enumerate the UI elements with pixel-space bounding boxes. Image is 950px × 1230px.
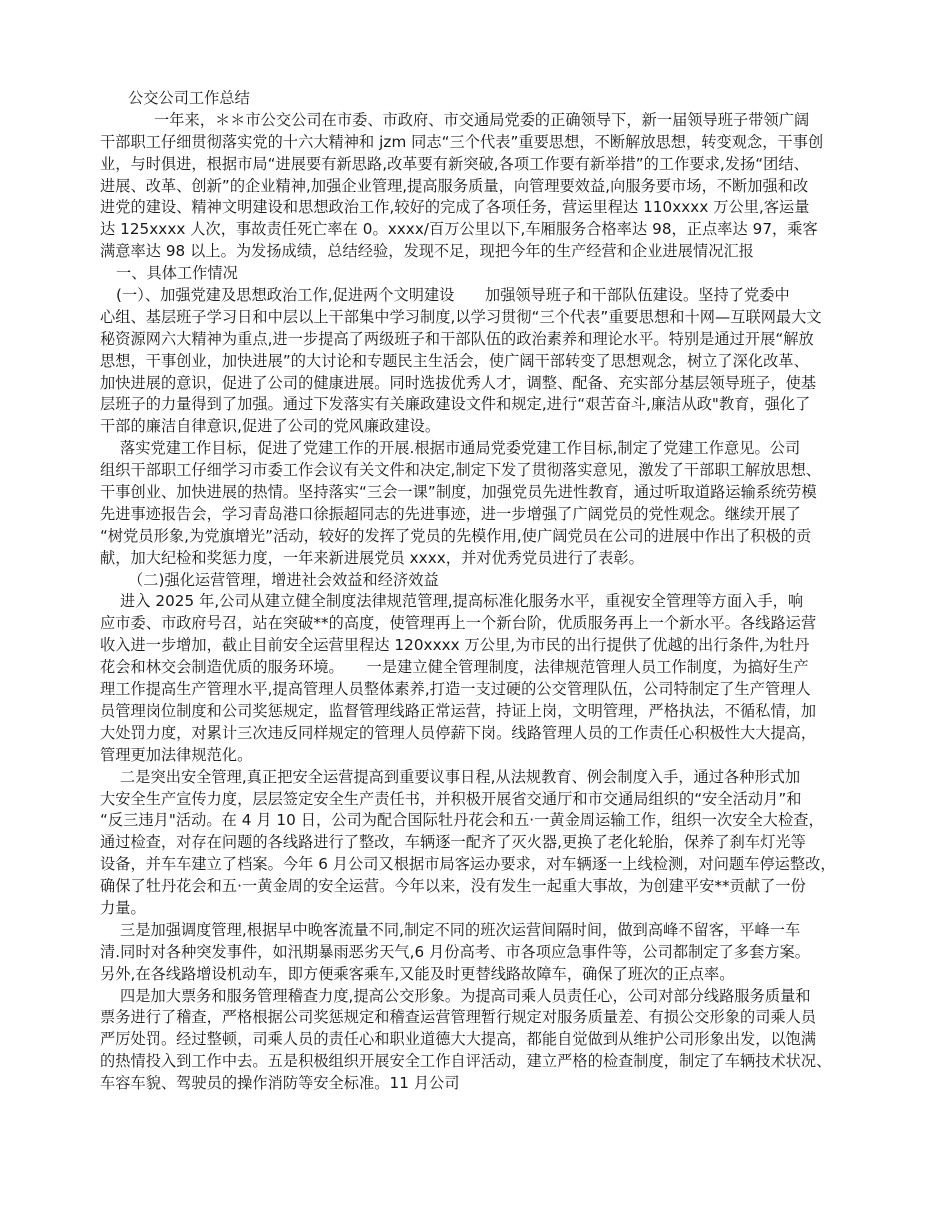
paragraph-line: “树党员形象,为党旗增光”活动，较好的发挥了党员的先模作用,使广阔党员在公司的进… bbox=[100, 526, 870, 548]
subsection-heading-line: (一）、加强党建及思想政治工作,促进两个文明建设 加强领导班子和干部队伍建设。坚… bbox=[100, 285, 870, 307]
paragraph-line: 加快进展的意识，促进了公司的健康进展。同时选拔优秀人才，调整、配备、充实部分基层… bbox=[100, 373, 870, 395]
paragraph-line: 满意率达 98 以上。为发扬成绩，总结经验，发现不足，现把今年的生产经营和企业进… bbox=[100, 241, 870, 263]
paragraph-line: 管理更加法律规范化。 bbox=[100, 745, 870, 767]
paragraph-line: 二是突出安全管理,真正把安全运营提高到重要议事日程,从法规教育、例会制度入手，通… bbox=[100, 767, 870, 789]
section-heading: 一、具体工作情况 bbox=[100, 263, 870, 285]
paragraph-line: 层班子的力量得到了加强。通过下发落实有关廉政建设文件和规定,进行“艰苦奋斗,廉洁… bbox=[100, 394, 870, 416]
paragraph-line: 另外,在各线路增设机动车，即方便乘客乘车,又能及时更替线路故障车，确保了班次的正… bbox=[100, 964, 870, 986]
paragraph-line: 组织干部职工仔细学习市委工作会议有关文件和决定,制定下发了贯彻落实意见，激发了干… bbox=[100, 460, 870, 482]
document-title: 公交公司工作总结 bbox=[100, 88, 870, 110]
paragraph-line: 三是加强调度管理,根据早中晚客流量不同,制定不同的班次运营间隔时间，做到高峰不留… bbox=[100, 920, 870, 942]
paragraph-line: 票务进行了稽查，严格根据公司奖惩规定和稽查运营管理暂行规定对服务质量差、有损公交… bbox=[100, 1007, 870, 1029]
paragraph-line: 设备，并车车建立了档案。今年 6 月公司又根据市局客运办要求，对车辆逐一上线检测… bbox=[100, 854, 870, 876]
paragraph-line: 达 125xxxx 人次，事故责任死亡率在 0。xxxx/百万公里以下,车厢服务… bbox=[100, 219, 870, 241]
paragraph-line: “反三违月"活动。在 4 月 10 日，公司为配合国际牡丹花会和五·一黄金周运输… bbox=[100, 810, 870, 832]
paragraph-line: 员管理岗位制度和公司奖惩规定，监督管理线路正常运营，持证上岗，文明管理，严格执法… bbox=[100, 701, 870, 723]
paragraph-line: 进入 2025 年,公司从建立健全制度法律规范管理,提高标准化服务水平，重视安全… bbox=[100, 591, 870, 613]
paragraph-line: 落实党建工作目标，促进了党建工作的开展.根据市通局党委党建工作目标,制定了党建工… bbox=[100, 438, 870, 460]
paragraph-line: 确保了牡丹花会和五·一黄金周的安全运营。今年以来，没有发生一起重大事故，为创建平… bbox=[100, 876, 870, 898]
paragraph-line: 秘资源网六大精神为重点,进一步提高了两级班子和干部队伍的政治素养和理论水平。特别… bbox=[100, 329, 870, 351]
paragraph-line: 干部的廉洁自律意识,促进了公司的党风廉政建设。 bbox=[100, 416, 870, 438]
paragraph-line: 心组、基层班子学习日和中层以上干部集中学习制度,以学习贯彻“三个代表”重要思想和… bbox=[100, 307, 870, 329]
paragraph-line: 进展、改革、创新”的企业精神,加强企业管理,提高服务质量，向管理要效益,向服务要… bbox=[100, 176, 870, 198]
paragraph-line: 力量。 bbox=[100, 898, 870, 920]
paragraph-line: 收入进一步增加，截止目前安全运营里程达 120xxxx 万公里,为市民的出行提供… bbox=[100, 635, 870, 657]
paragraph-line: 的热情投入到工作中去。五是积极组织开展安全工作自评活动，建立严格的检查制度，制定… bbox=[100, 1051, 870, 1073]
paragraph-line: 通过检查，对存在问题的各线路进行了整改，车辆逐一配齐了灭火器,更换了老化轮胎，保… bbox=[100, 832, 870, 854]
document-page: 公交公司工作总结 一年来，＊＊市公交公司在市委、市政府、市交通局党委的正确领导下… bbox=[100, 88, 870, 1095]
paragraph-line: 花会和林交会制造优质的服务环境。 一是建立健全管理制度，法律规范管理人员工作制度… bbox=[100, 657, 870, 679]
paragraph-line: 严厉处罚。经过整顿，司乘人员的责任心和职业道德大大提高，都能自觉做到从维护公司形… bbox=[100, 1029, 870, 1051]
paragraph-line: 业，与时俱进，根据市局“进展要有新思路,改革要有新突破,各项工作要有新举措”的工… bbox=[100, 154, 870, 176]
paragraph-line: 大安全生产宣传力度，层层签定安全生产责任书，并积极开展省交通厅和市交通局组织的“… bbox=[100, 789, 870, 811]
paragraph-line: 思想，干事创业，加快进展”的大讨论和专题民主生活会，使广阔干部转变了思想观念，树… bbox=[100, 351, 870, 373]
paragraph-line: 大处罚力度，对累计三次违反同样规定的管理人员停薪下岗。线路管理人员的工作责任心积… bbox=[100, 723, 870, 745]
paragraph-line: 车容车貌、驾驶员的操作消防等安全标准。11 月公司 bbox=[100, 1073, 870, 1095]
subsection-heading: （二)强化运营管理，增进社会效益和经济效益 bbox=[100, 570, 870, 592]
paragraph-line: 四是加大票务和服务管理稽查力度,提高公交形象。为提高司乘人员责任心，公司对部分线… bbox=[100, 986, 870, 1008]
paragraph-line: 清.同时对各种突发事件，如汛期暴雨恶劣天气,6 月份高考、市各项应急事件等，公司… bbox=[100, 942, 870, 964]
paragraph-line: 干部职工仔细贯彻落实党的十六大精神和 jzm 同志“三个代表”重要思想，不断解放… bbox=[100, 132, 870, 154]
paragraph-line: 进党的建设、精神文明建设和思想政治工作,较好的完成了各项任务，营运里程达 110… bbox=[100, 197, 870, 219]
paragraph-line: 干事创业、加快进展的热情。坚持落实“三会一课”制度，加强党员先进性教育，通过听取… bbox=[100, 482, 870, 504]
paragraph-line: 献，加大纪检和奖惩力度，一年来新进展党员 xxxx，并对优秀党员进行了表彰。 bbox=[100, 548, 870, 570]
paragraph-line: 理工作提高生产管理水平,提高管理人员整体素养,打造一支过硬的公交管理队伍，公司特… bbox=[100, 679, 870, 701]
paragraph-line: 应市委、市政府号召，站在突破**的高度，使管理再上一个新台阶，优质服务再上一个新… bbox=[100, 613, 870, 635]
paragraph-line: 先进事迹报告会，学习青岛港口徐振超同志的先进事迹，进一步增强了广阔党员的党性观念… bbox=[100, 504, 870, 526]
paragraph-line: 一年来，＊＊市公交公司在市委、市政府、市交通局党委的正确领导下，新一届领导班子带… bbox=[100, 110, 870, 132]
